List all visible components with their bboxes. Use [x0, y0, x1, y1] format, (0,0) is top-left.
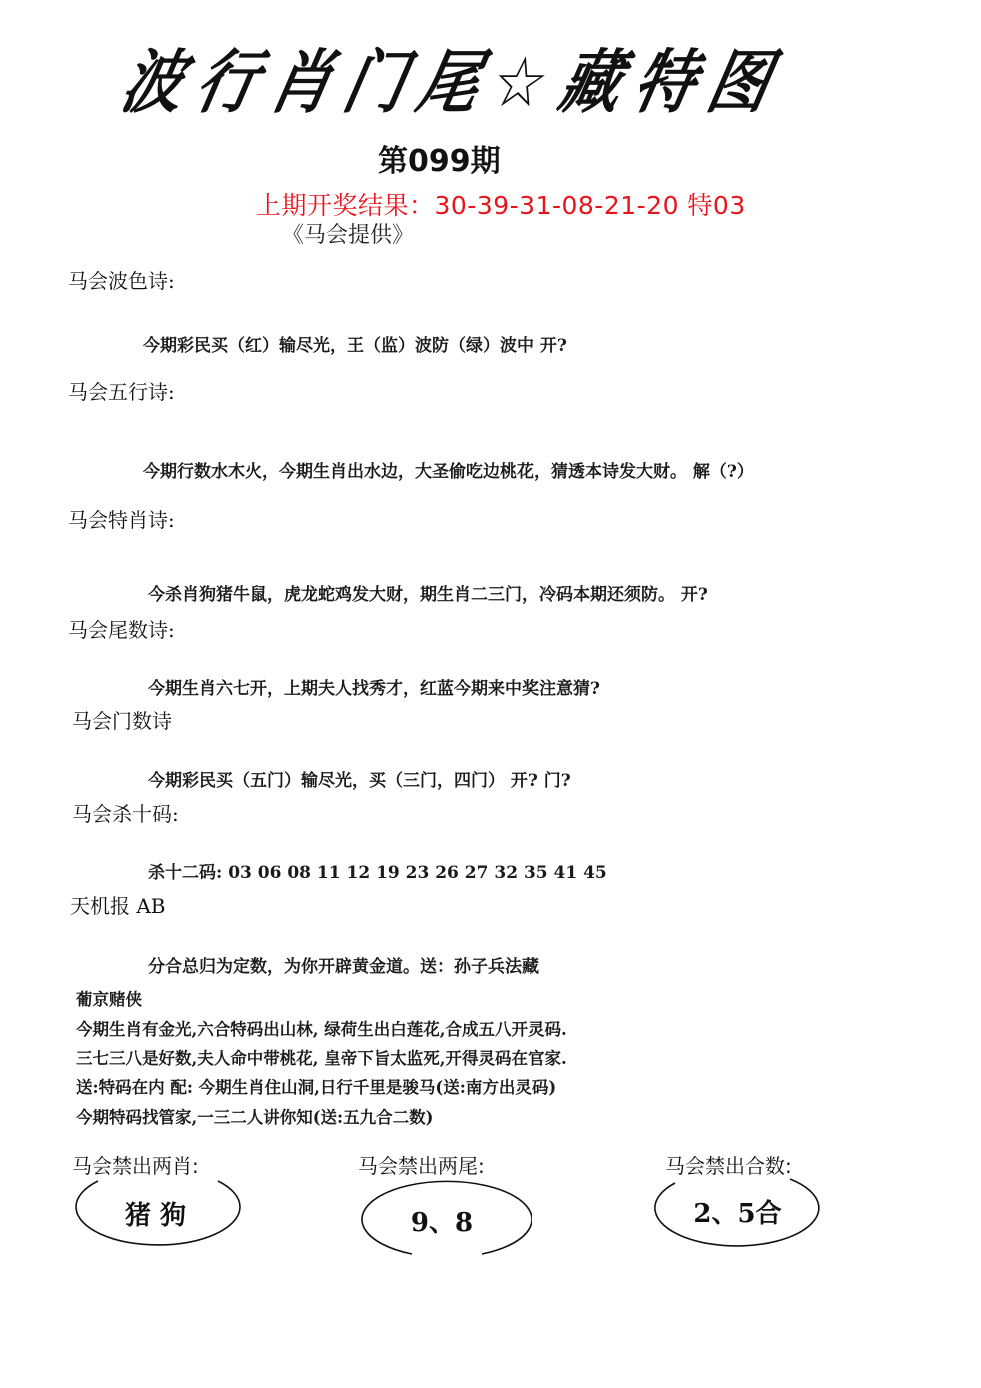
issue-number: 第099期	[378, 136, 501, 180]
section-heading-gate-number: 马会门数诗	[72, 705, 172, 734]
section-text-wave-color: 今期彩民买（红）输尽光，王（监）波防（绿）波中 开?	[143, 331, 567, 356]
section-text-tianji: 分合总归为定数，为你开辟黄金道。送：孙子兵法藏	[148, 952, 539, 977]
section-heading-zodiac: 马会特肖诗:	[68, 504, 175, 533]
section-heading-tianji: 天机报 AB	[70, 890, 166, 919]
last-draw-results: 上期开奖结果：30-39-31-08-21-20 特03	[256, 186, 746, 222]
tips-line: 三七三八是好数,夫人命中带桃花, 皇帝下旨太监死,开得灵码在官家.	[76, 1045, 567, 1069]
tips-heading: 葡京赌侠	[76, 986, 142, 1010]
banner-title: 波行肖门尾☆藏特图	[114, 28, 795, 127]
tips-line: 今期特码找管家,一三二人讲你知(送:五九合二数)	[76, 1104, 433, 1128]
ban-oval-sum: 2、5合	[650, 1175, 825, 1255]
section-text-kill-numbers: 杀十二码: 03 06 08 11 12 19 23 26 27 32 35 4…	[148, 858, 607, 883]
provider-label: 《马会提供》	[282, 218, 414, 249]
section-text-five-elements: 今期行数水木火，今期生肖出水边，大圣偷吃边桃花，猜透本诗发大财。 解（?）	[143, 457, 754, 482]
ban-label-tail: 马会禁出两尾:	[358, 1150, 485, 1179]
ban-value-sum: 2、5合	[650, 1193, 825, 1230]
ban-value-zodiac: 猪 狗	[68, 1195, 243, 1232]
section-heading-wave-color: 马会波色诗:	[68, 265, 175, 294]
section-text-zodiac: 今杀肖狗猪牛鼠，虎龙蛇鸡发大财，期生肖二三门，冷码本期还须防。 开?	[148, 580, 708, 605]
section-heading-tail-number: 马会尾数诗:	[68, 614, 175, 643]
ban-oval-zodiac: 猪 狗	[68, 1175, 243, 1255]
tips-line: 今期生肖有金光,六合特码出山林, 绿荷生出白莲花,合成五八开灵码.	[76, 1016, 567, 1040]
ban-value-tail: 9、8	[352, 1202, 532, 1239]
tips-line: 送:特码在内 配: 今期生肖住山洞,日行千里是骏马(送:南方出灵码)	[76, 1074, 556, 1098]
section-text-tail-number: 今期生肖六七开，上期夫人找秀才，红蓝今期来中奖注意猜?	[148, 674, 600, 699]
section-heading-five-elements: 马会五行诗:	[68, 376, 175, 405]
section-text-gate-number: 今期彩民买（五门）输尽光，买（三门，四门） 开? 门?	[148, 766, 571, 791]
ban-oval-tail: 9、8	[352, 1178, 532, 1258]
section-heading-kill-numbers: 马会杀十码:	[72, 798, 179, 827]
